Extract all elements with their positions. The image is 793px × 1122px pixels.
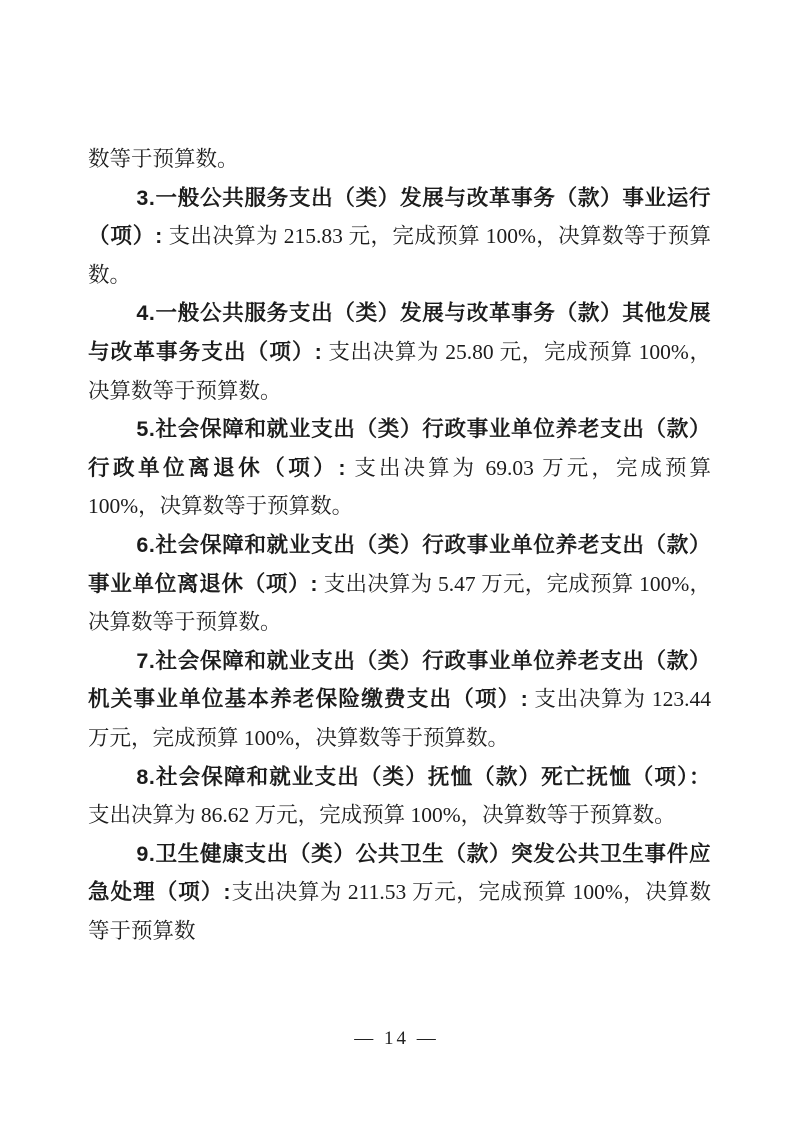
budget-item-paragraph-6: 6.社会保障和就业支出（类）行政事业单位养老支出（款）事业单位离退休（项）: 支… (88, 526, 711, 642)
item-heading: 8.社会保障和就业支出（类）抚恤（款）死亡抚恤（项）： (136, 765, 711, 789)
budget-item-paragraph-5: 5.社会保障和就业支出（类）行政事业单位养老支出（款）行政单位离退休（项）: 支… (88, 410, 711, 526)
page-number: — 14 — (0, 1028, 793, 1050)
item-body: 支出决算为 215.83 元，完成预算 100%，决算数等于预算数。 (88, 224, 711, 287)
document-page: 数等于预算数。 3.一般公共服务支出（类）发展与改革事务（款）事业运行（项）: … (0, 0, 793, 1122)
budget-item-paragraph-9: 9.卫生健康支出（类）公共卫生（款）突发公共卫生事件应急处理（项）:支出决算为 … (88, 835, 711, 951)
budget-item-paragraph-4: 4.一般公共服务支出（类）发展与改革事务（款）其他发展与改革事务支出（项）: 支… (88, 294, 711, 410)
continuation-line: 数等于预算数。 (88, 140, 711, 179)
document-content: 数等于预算数。 3.一般公共服务支出（类）发展与改革事务（款）事业运行（项）: … (88, 140, 711, 950)
budget-item-paragraph-7: 7.社会保障和就业支出（类）行政事业单位养老支出（款）机关事业单位基本养老保险缴… (88, 642, 711, 758)
budget-item-paragraph-3: 3.一般公共服务支出（类）发展与改革事务（款）事业运行（项）: 支出决算为 21… (88, 179, 711, 295)
budget-item-paragraph-8: 8.社会保障和就业支出（类）抚恤（款）死亡抚恤（项）： 支出决算为 86.62 … (88, 758, 711, 835)
item-body: 支出决算为 86.62 万元，完成预算 100%，决算数等于预算数。 (88, 803, 676, 827)
